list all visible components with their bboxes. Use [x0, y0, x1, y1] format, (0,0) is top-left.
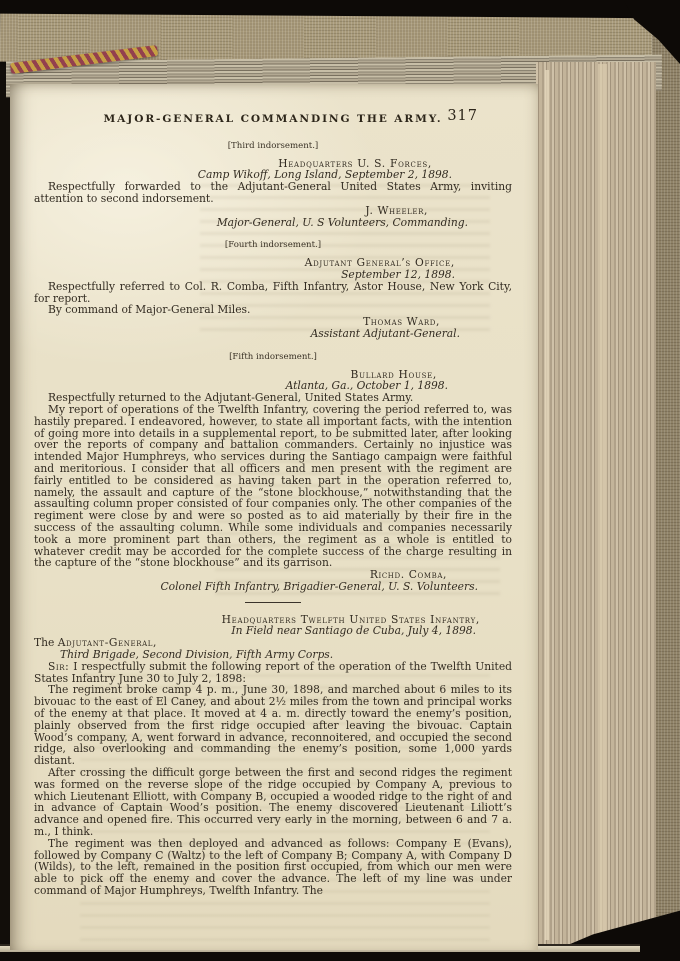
- background-bottom: [0, 952, 680, 961]
- page-edges-right: [536, 62, 656, 948]
- report-paragraph-text: I respectfully submit the following repo…: [34, 660, 512, 685]
- indorsement-body: My report of operations of the Twelfth I…: [34, 404, 512, 569]
- report-paragraph: Sir: I respectfully submit the following…: [34, 661, 512, 685]
- report-paragraph: After crossing the difficult gorge betwe…: [34, 767, 512, 838]
- signature-title: Major-General, U. S Volunteers, Commandi…: [34, 217, 512, 229]
- running-head-title: MAJOR-GENERAL COMMANDING THE ARMY.: [104, 113, 443, 125]
- signature-title: Assistant Adjutant-General.: [34, 328, 512, 340]
- page-edge-highlight: [545, 70, 549, 940]
- signature-name: J. Wheeler,: [34, 205, 512, 217]
- report-paragraph: The regiment was then deployed and advan…: [34, 838, 512, 897]
- indorsement-label: [Fourth indorsement.]: [34, 240, 512, 252]
- signature-title: Colonel Fifth Infantry, Brigadier-Genera…: [34, 581, 512, 593]
- text-block: MAJOR-GENERAL COMMANDING THE ARMY. 317 […: [34, 114, 512, 897]
- indorsement-body: Respectfully forwarded to the Adjutant-G…: [34, 181, 512, 205]
- indorsement-label: [Third indorsement.]: [34, 141, 512, 153]
- indorsement-label: [Fifth indorsement.]: [34, 352, 512, 364]
- page-edge-highlight: [598, 64, 607, 944]
- indorsement-body: Respectfully referred to Col. R. Comba, …: [34, 281, 512, 305]
- addressee-prefix: The: [34, 636, 58, 649]
- page-number: 317: [447, 111, 478, 123]
- book-page: MAJOR-GENERAL COMMANDING THE ARMY. 317 […: [10, 84, 538, 950]
- dateline: September 12, 1898.: [34, 269, 512, 281]
- book-cover-right-fabric: [652, 34, 680, 934]
- report-paragraph: The regiment broke camp 4 p. m., June 30…: [34, 684, 512, 767]
- section-divider: [245, 602, 301, 603]
- running-head: MAJOR-GENERAL COMMANDING THE ARMY. 317: [34, 114, 512, 126]
- by-command-line: By command of Major-General Miles.: [34, 304, 512, 316]
